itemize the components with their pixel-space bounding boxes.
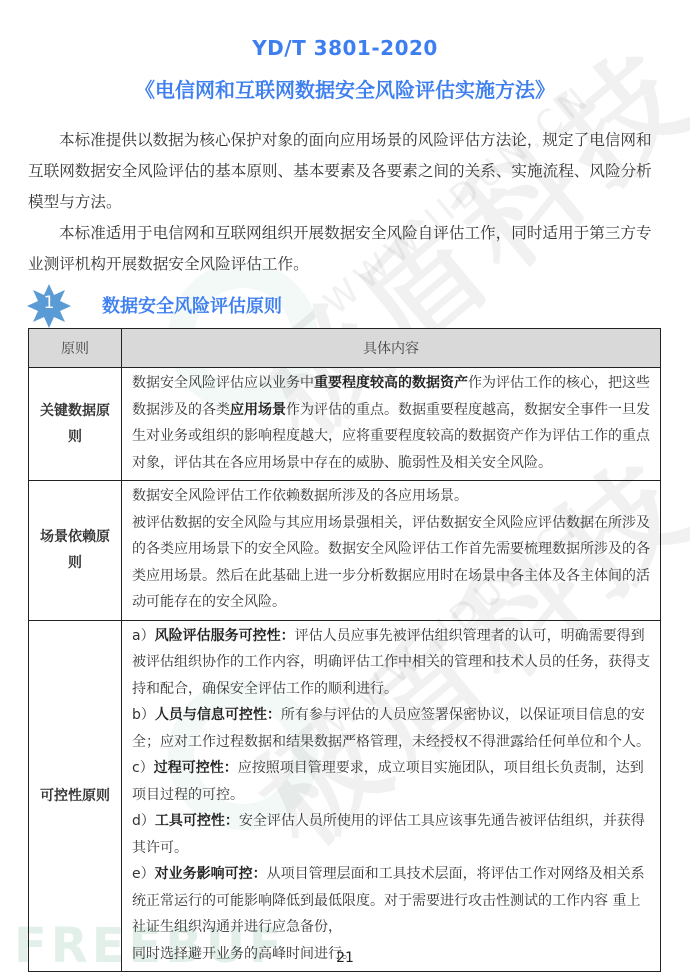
content-text: a） [132, 628, 155, 644]
content-text: c） [132, 760, 154, 776]
table-row: 场景依赖原则数据安全风险评估工作依赖数据所涉及的各应用场景。被评估数据的安全风险… [29, 481, 661, 621]
principles-table: 原则 具体内容 关键数据原则数据安全风险评估应以业务中重要程度较高的数据资产作为… [28, 328, 661, 972]
page-number: 21 [0, 950, 690, 966]
section-title: 数据安全风险评估原则 [102, 292, 282, 318]
bold-term: 重要程度较高的数据资产 [314, 375, 468, 391]
principle-content: a）风险评估服务可控性：评估人员应事先被评估组织管理者的认可，明确需要得到被评估… [122, 620, 661, 972]
bold-term: 过程可控性： [154, 760, 238, 776]
content-paragraph: a）风险评估服务可控性：评估人员应事先被评估组织管理者的认可，明确需要得到被评估… [132, 623, 652, 703]
content-paragraph: 数据安全风险评估应以业务中重要程度较高的数据资产作为评估工作的核心，把这些数据涉… [132, 370, 652, 476]
content-text: d） [132, 813, 155, 829]
document-code: YD/T 3801-2020 [0, 36, 690, 60]
bold-term: 人员与信息可控性： [155, 707, 281, 723]
content-text: b） [132, 707, 155, 723]
intro-paragraph-1: 本标准提供以数据为核心保护对象的面向应用场景的风险评估方法论，规定了电信网和互联… [28, 125, 660, 218]
content-text: e） [132, 866, 155, 882]
principle-content: 数据安全风险评估工作依赖数据所涉及的各应用场景。被评估数据的安全风险与其应用场景… [122, 481, 661, 621]
content-paragraph: 数据安全风险评估工作依赖数据所涉及的各应用场景。 [132, 483, 652, 510]
principle-content: 数据安全风险评估应以业务中重要程度较高的数据资产作为评估工作的核心，把这些数据涉… [122, 368, 661, 481]
content-paragraph: d）工具可控性：安全评估人员所使用的评估工具应该事先通告被评估组织，并获得其许可… [132, 808, 652, 861]
principle-name: 可控性原则 [29, 620, 122, 972]
document-title: 《电信网和互联网数据安全风险评估实施方法》 [0, 74, 690, 103]
content-paragraph: b）人员与信息可控性：所有参与评估的人员应签署保密协议，以保证项目信息的安全；应… [132, 702, 652, 755]
table-row: 关键数据原则数据安全风险评估应以业务中重要程度较高的数据资产作为评估工作的核心，… [29, 368, 661, 481]
content-text: 数据安全风险评估工作依赖数据所涉及的各应用场景。 [132, 488, 468, 504]
content-text: 被评估数据的安全风险与其应用场景强相关，评估数据安全风险应评估数据在所涉及的各类… [132, 515, 650, 611]
table-header-row: 原则 具体内容 [29, 329, 661, 368]
section-number: 1 [26, 293, 72, 313]
column-header-content: 具体内容 [122, 329, 661, 368]
bold-term: 工具可控性： [155, 813, 239, 829]
content-paragraph: 被评估数据的安全风险与其应用场景强相关，评估数据安全风险应评估数据在所涉及的各类… [132, 510, 652, 616]
principle-name: 关键数据原则 [29, 368, 122, 481]
table-row: 可控性原则a）风险评估服务可控性：评估人员应事先被评估组织管理者的认可，明确需要… [29, 620, 661, 972]
content-paragraph: c）过程可控性：应按照项目管理要求，成立项目实施团队，项目组长负责制，达到项目过… [132, 755, 652, 808]
bold-term: 对业务影响可控： [155, 866, 267, 882]
bold-term: 应用场景 [230, 402, 286, 418]
column-header-principle: 原则 [29, 329, 122, 368]
bold-term: 风险评估服务可控性： [155, 628, 295, 644]
principle-name: 场景依赖原则 [29, 481, 122, 621]
content-text: 数据安全风险评估应以业务中 [132, 375, 314, 391]
content-paragraph: e）对业务影响可控：从项目管理层面和工具技术层面，将评估工作对网络及相关系统正常… [132, 861, 652, 941]
intro-paragraph-2: 本标准适用于电信网和互联网组织开展数据安全风险自评估工作，同时适用于第三方专业测… [28, 218, 660, 280]
